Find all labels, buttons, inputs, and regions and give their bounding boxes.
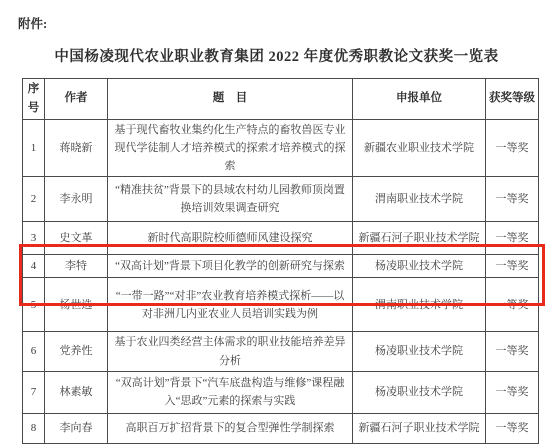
cell-author: 杨世选: [45, 278, 108, 332]
cell-number: 8: [23, 413, 45, 443]
cell-author: 李特: [45, 255, 108, 278]
cell-unit: 杨凌职业技术学院: [353, 255, 486, 278]
cell-title: 新时代高职院校师德师风建设探究: [108, 222, 353, 255]
cell-unit: 新疆石河子职业技术学院: [353, 413, 486, 443]
cell-title: “双高计划”背景下项目化教学的创新研究与探索: [108, 255, 353, 278]
cell-award: 一等奖: [486, 255, 539, 278]
cell-title: “一带一路”“对非”农业教育培养模式探析——以对非洲几内亚农业人员培训实践为例: [108, 278, 353, 332]
cell-title: 高职百万扩招背景下的复合型弹性学制探索: [108, 413, 353, 443]
header-unit: 申报单位: [353, 79, 486, 120]
cell-award: 一等奖: [486, 119, 539, 176]
table-row: 7 林素敏 “双高计划”背景下“汽车底盘构造与维修”课程融入“思政”元素的探索与…: [23, 371, 539, 413]
cell-unit: 渭南职业技术学院: [353, 278, 486, 332]
cell-unit: 渭南职业技术学院: [353, 177, 486, 222]
cell-author: 李向春: [45, 413, 108, 443]
cell-number: 4: [23, 255, 45, 278]
table-body: 1 蒋晓新 基于现代畜牧业集约化生产特点的畜牧兽医专业现代学徒制人才培养模式的探…: [23, 119, 539, 443]
cell-author: 李永明: [45, 177, 108, 222]
table-row: 2 李永明 “精准扶贫”背景下的县域农村幼儿园教师顶岗置换培训效果调查研究 渭南…: [23, 177, 539, 222]
cell-unit: 新疆农业职业技术学院: [353, 119, 486, 176]
header-author: 作者: [45, 79, 108, 120]
cell-title: 基于农业四类经营主体需求的职业技能培养差异分析: [108, 332, 353, 371]
table-row: 1 蒋晓新 基于现代畜牧业集约化生产特点的畜牧兽医专业现代学徒制人才培养模式的探…: [23, 119, 539, 176]
cell-unit: 杨凌职业技术学院: [353, 332, 486, 371]
table-row: 4 李特 “双高计划”背景下项目化教学的创新研究与探索 杨凌职业技术学院 一等奖: [23, 255, 539, 278]
table-row-highlighted: 5 杨世选 “一带一路”“对非”农业教育培养模式探析——以对非洲几内亚农业人员培…: [23, 278, 539, 332]
table-row: 6 党养性 基于农业四类经营主体需求的职业技能培养差异分析 杨凌职业技术学院 一…: [23, 332, 539, 371]
cell-award: 一等奖: [486, 413, 539, 443]
awards-table: 序号 作者 题 目 申报单位 获奖等级 1 蒋晓新 基于现代畜牧业集约化生产特点…: [22, 78, 539, 444]
cell-author: 史文革: [45, 222, 108, 255]
cell-number: 6: [23, 332, 45, 371]
cell-unit: 杨凌职业技术学院: [353, 371, 486, 413]
cell-number: 7: [23, 371, 45, 413]
cell-unit: 新疆石河子职业技术学院: [353, 222, 486, 255]
cell-number: 1: [23, 119, 45, 176]
cell-award: 一等奖: [486, 278, 539, 332]
cell-author: 党养性: [45, 332, 108, 371]
page-number-mark: -: [271, 424, 283, 435]
table-row: 3 史文革 新时代高职院校师德师风建设探究 新疆石河子职业技术学院 一等奖: [23, 222, 539, 255]
cell-number: 5: [23, 278, 45, 332]
cell-author: 蒋晓新: [45, 119, 108, 176]
header-number: 序号: [23, 79, 45, 120]
table-header: 序号 作者 题 目 申报单位 获奖等级: [23, 79, 539, 120]
cell-number: 2: [23, 177, 45, 222]
header-row: 序号 作者 题 目 申报单位 获奖等级: [23, 79, 539, 120]
page-title: 中国杨凌现代农业职业教育集团 2022 年度优秀职教论文获奖一览表: [0, 45, 553, 66]
cell-award: 一等奖: [486, 371, 539, 413]
document-page: 附件: 中国杨凌现代农业职业教育集团 2022 年度优秀职教论文获奖一览表 序号…: [0, 0, 553, 445]
header-title: 题 目: [108, 79, 353, 120]
cell-title: 基于现代畜牧业集约化生产特点的畜牧兽医专业现代学徒制人才培养模式的探索才培养模式…: [108, 119, 353, 176]
cell-author: 林素敏: [45, 371, 108, 413]
cell-title: “精准扶贫”背景下的县域农村幼儿园教师顶岗置换培训效果调查研究: [108, 177, 353, 222]
attachment-label: 附件:: [18, 14, 47, 32]
cell-award: 一等奖: [486, 177, 539, 222]
cell-number: 3: [23, 222, 45, 255]
cell-title: “双高计划”背景下“汽车底盘构造与维修”课程融入“思政”元素的探索与实践: [108, 371, 353, 413]
cell-award: 一等奖: [486, 332, 539, 371]
cell-award: 一等奖: [486, 222, 539, 255]
header-award: 获奖等级: [486, 79, 539, 120]
